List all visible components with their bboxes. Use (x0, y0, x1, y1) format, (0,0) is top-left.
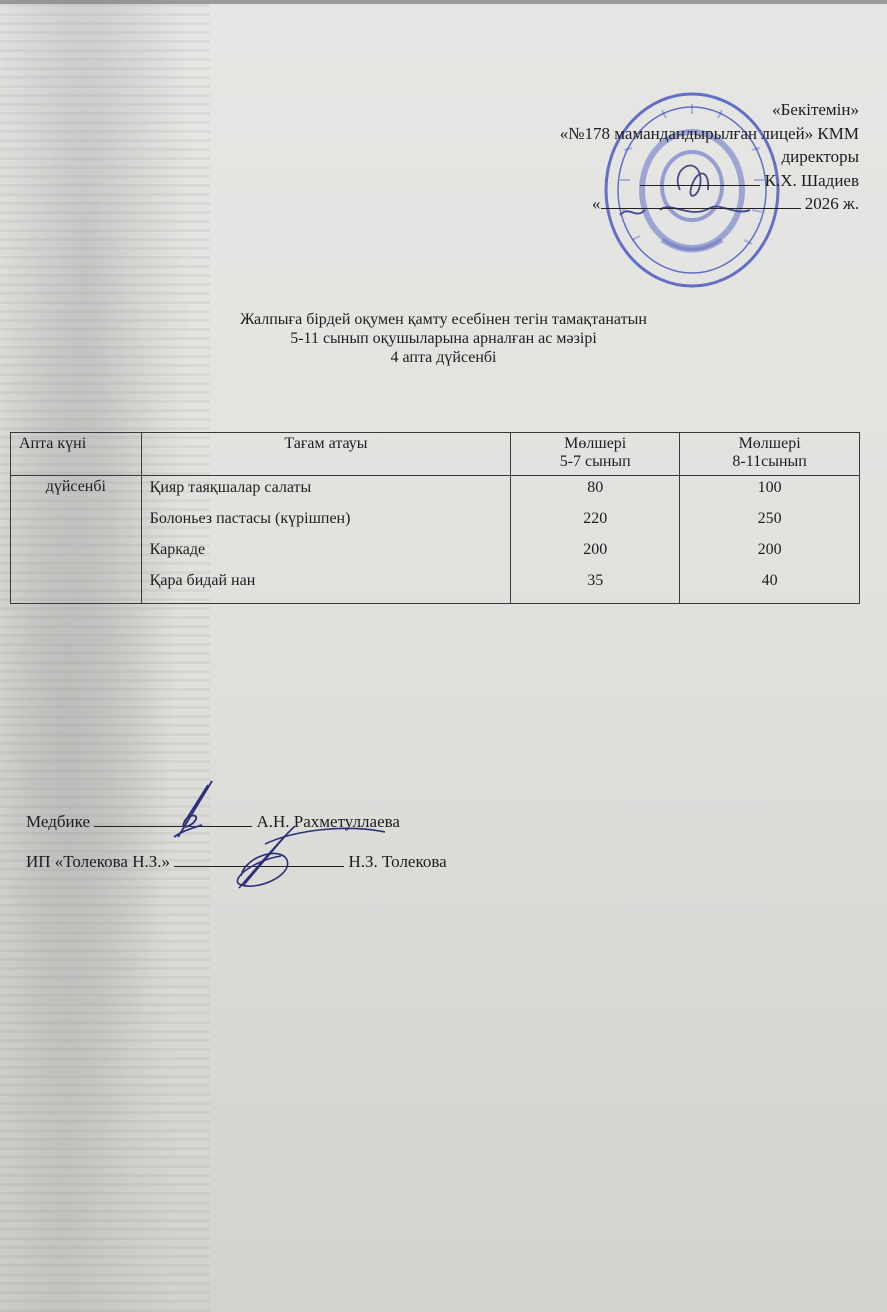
nurse-name: А.Н. Рахметуллаева (257, 812, 400, 831)
date-quote: « (592, 194, 601, 213)
qty-value: 40 (680, 570, 859, 601)
signature-blank (174, 852, 344, 867)
qty-value: 35 (511, 570, 679, 601)
supplier-signature-row: ИП «Толекова Н.З.» Н.З. Толекова (26, 842, 447, 882)
header-qty-label: Мөлшері (680, 435, 859, 453)
qty-value: 220 (511, 508, 679, 539)
header-qty-8-11: Мөлшері 8-11сынып (680, 433, 860, 476)
table-row: дүйсенбі Қияр таяқшалар салаты Болоньез … (11, 476, 860, 604)
director-name: К.Х. Шадиев (765, 171, 859, 190)
title-line-3: 4 апта дүйсенбі (0, 348, 887, 367)
institution-name: «№178 мамандандырылған лицей» КММ (560, 122, 859, 146)
signatures-block: Медбике А.Н. Рахметуллаева ИП «Толекова … (26, 802, 447, 882)
date-year: 2026 ж. (805, 194, 859, 213)
qty-5-7-column: 80 220 200 35 (511, 476, 680, 604)
dish-column: Қияр таяқшалар салаты Болоньез пастасы (… (141, 476, 511, 604)
dish-name: Болоньез пастасы (күрішпен) (150, 508, 511, 539)
approval-block: «Бекітемін» «№178 мамандандырылған лицей… (560, 98, 859, 216)
title-line-2: 5-11 сынып оқушыларына арналған ас мәзір… (0, 329, 887, 348)
header-day: Апта күні (11, 433, 142, 476)
date-blank (601, 192, 801, 209)
menu-table: Апта күні Тағам атауы Мөлшері 5-7 сынып … (10, 432, 860, 604)
qty-value: 100 (680, 477, 859, 508)
qty-value: 80 (511, 477, 679, 508)
dish-name: Каркаде (150, 539, 511, 570)
document-title: Жалпыға бірдей оқумен қамту есебінен тег… (0, 310, 887, 367)
header-qty-label: Мөлшері (511, 435, 679, 453)
qty-value: 200 (680, 539, 859, 570)
day-cell: дүйсенбі (11, 476, 142, 604)
director-signature-line: К.Х. Шадиев (560, 169, 859, 193)
header-qty-5-7: Мөлшері 5-7 сынып (511, 433, 680, 476)
approval-date: « 2026 ж. (560, 192, 859, 216)
qty-8-11-column: 100 250 200 40 (680, 476, 860, 604)
signature-blank (94, 812, 252, 827)
nurse-signature-row: Медбике А.Н. Рахметуллаева (26, 802, 447, 842)
title-line-1: Жалпыға бірдей оқумен қамту есебінен тег… (0, 310, 887, 329)
scan-noise (0, 0, 210, 1312)
header-dish: Тағам атауы (141, 433, 511, 476)
qty-value: 200 (511, 539, 679, 570)
signature-blank (640, 169, 760, 186)
table-header-row: Апта күні Тағам атауы Мөлшері 5-7 сынып … (11, 433, 860, 476)
header-grade-range: 5-7 сынып (511, 453, 679, 471)
supplier-name: Н.З. Толекова (349, 852, 447, 871)
supplier-role: ИП «Толекова Н.З.» (26, 852, 170, 871)
header-grade-range: 8-11сынып (680, 453, 859, 471)
nurse-role: Медбике (26, 812, 90, 831)
qty-value: 250 (680, 508, 859, 539)
approval-heading: «Бекітемін» (560, 98, 859, 122)
director-title: директоры (560, 145, 859, 169)
dish-name: Қара бидай нан (150, 570, 511, 601)
page-top-edge (0, 0, 887, 4)
dish-name: Қияр таяқшалар салаты (150, 477, 511, 508)
